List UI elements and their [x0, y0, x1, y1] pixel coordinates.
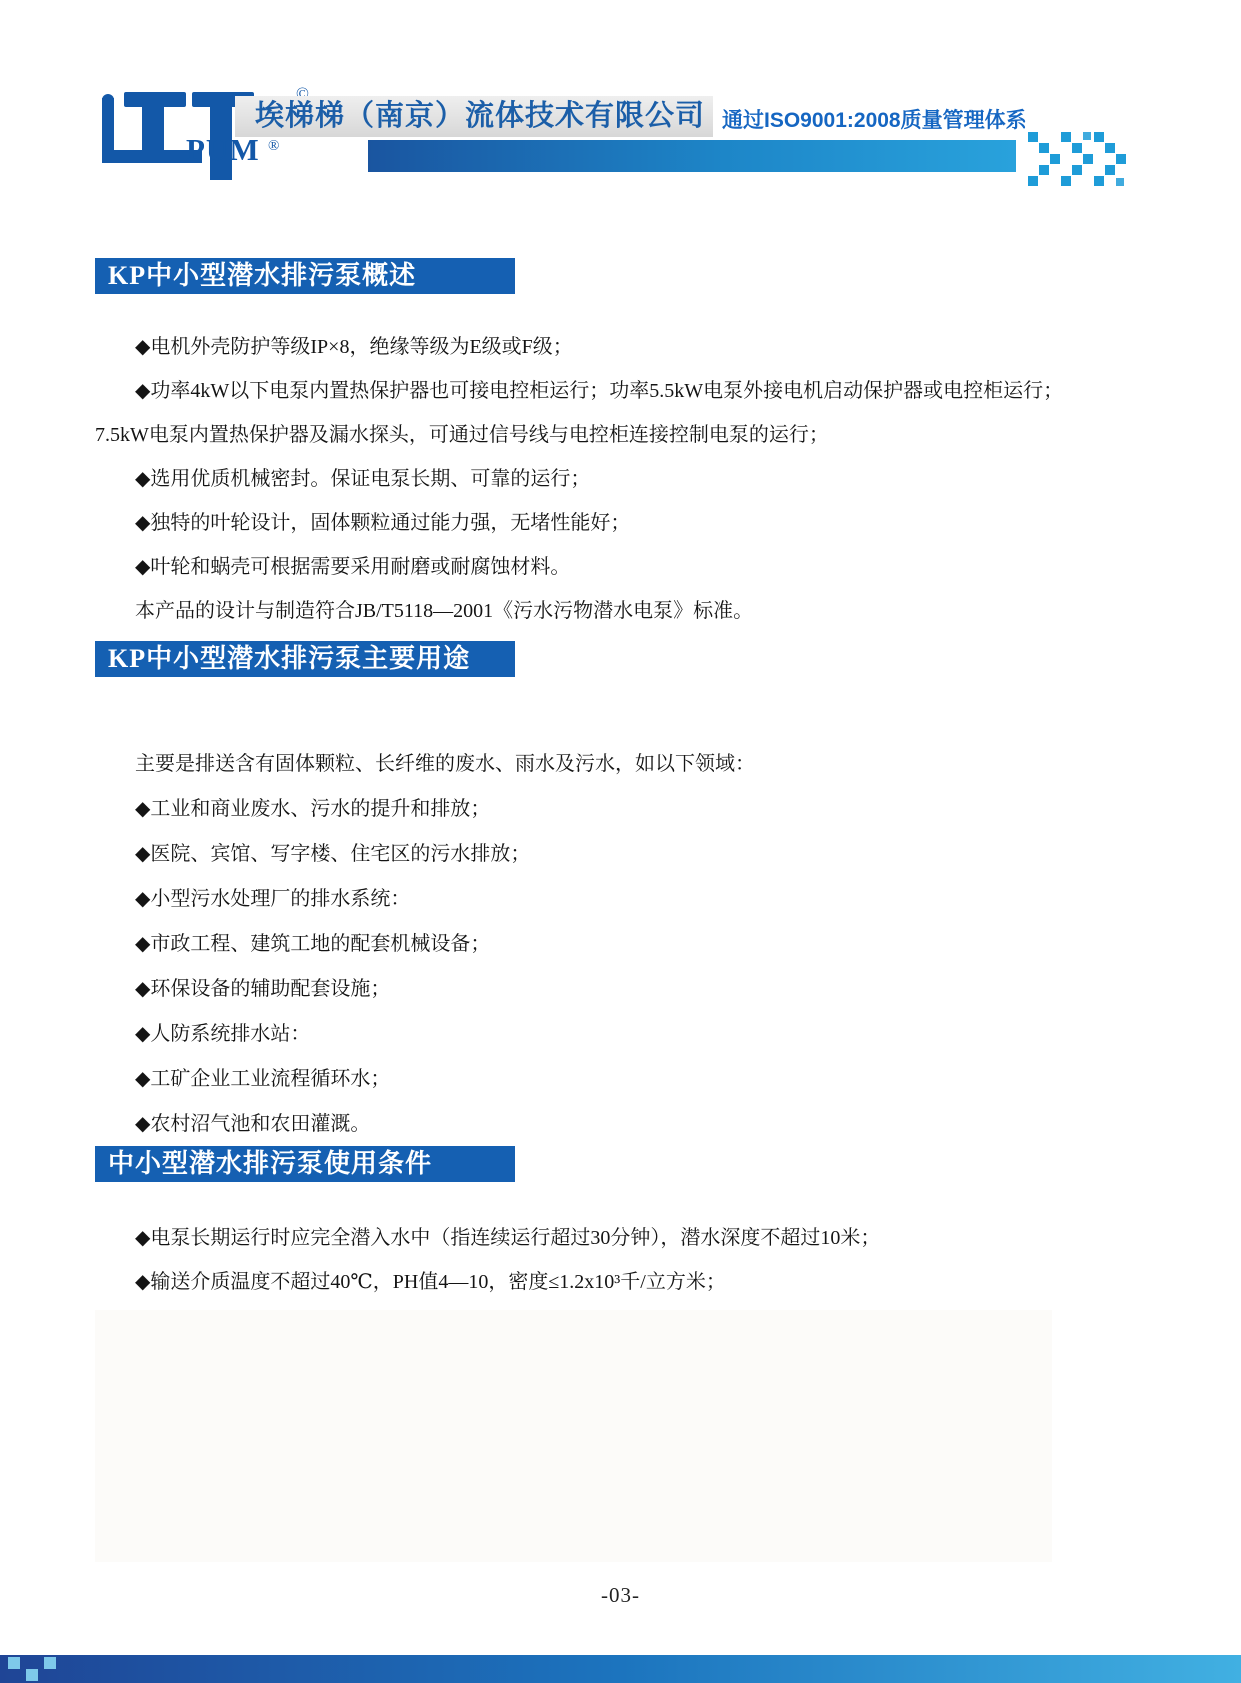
bullet-line: ◆输送介质温度不超过40℃，PH值4—10，密度≤1.2x10³千/立方米；	[95, 1260, 1153, 1304]
registered-icon: ®	[268, 138, 279, 155]
bullet-line: ◆环保设备的辅助配套设施；	[95, 967, 1153, 1012]
bullet-line: ◆功率4kW以下电泵内置热保护器也可接电控柜运行；功率5.5kW电泵外接电机启动…	[95, 369, 1153, 413]
section-title-applications: KP中小型潜水排污泵主要用途	[95, 641, 515, 677]
pixel-decoration	[8, 1657, 20, 1669]
bullet-line: ◆选用优质机械密封。保证电泵长期、可靠的运行；	[95, 457, 1153, 501]
text-line: 主要是排送含有固体颗粒、长纤维的废水、雨水及污水，如以下领域：	[95, 742, 1153, 787]
bullet-line: ◆小型污水处理厂的排水系统：	[95, 877, 1153, 922]
company-name-band: 埃梯梯（南京）流体技术有限公司	[235, 96, 713, 137]
page-number: -03-	[0, 1583, 1241, 1608]
faint-image-placeholder	[95, 1310, 1052, 1562]
section-body-applications: 主要是排送含有固体颗粒、长纤维的废水、雨水及污水，如以下领域： ◆工业和商业废水…	[95, 742, 1153, 1147]
bullet-line: ◆电机外壳防护等级IP×8，绝缘等级为E级或F级；	[95, 325, 1153, 369]
pixel-arrows-decoration	[1028, 132, 1127, 187]
bullet-line: ◆工业和商业废水、污水的提升和排放；	[95, 787, 1153, 832]
iso-certification-text: 通过ISO9001:2008质量管理体系	[722, 104, 1032, 134]
catalog-page: © PUM ® 埃梯梯（南京）流体技术有限公司 通过ISO9001:2008质量…	[0, 0, 1241, 1683]
footer-blue-bar	[0, 1655, 1241, 1683]
bullet-line: ◆市政工程、建筑工地的配套机械设备；	[95, 922, 1153, 967]
section-title-overview: KP中小型潜水排污泵概述	[95, 258, 515, 294]
company-name: 埃梯梯（南京）流体技术有限公司	[255, 96, 705, 137]
header-blue-bar	[368, 140, 1016, 172]
section-body-overview: ◆电机外壳防护等级IP×8，绝缘等级为E级或F级； ◆功率4kW以下电泵内置热保…	[95, 325, 1153, 633]
bullet-line: ◆医院、宾馆、写字楼、住宅区的污水排放；	[95, 832, 1153, 877]
bullet-line: ◆工矿企业工业流程循环水；	[95, 1057, 1153, 1102]
text-line: 7.5kW电泵内置热保护器及漏水探头，可通过信号线与电控柜连接控制电泵的运行；	[95, 413, 1153, 457]
bullet-line: ◆农村沼气池和农田灌溉。	[95, 1102, 1153, 1147]
section-title-conditions: 中小型潜水排污泵使用条件	[95, 1146, 515, 1182]
bullet-line: ◆人防系统排水站：	[95, 1012, 1153, 1057]
bullet-line: ◆叶轮和蜗壳可根据需要采用耐磨或耐腐蚀材料。	[95, 545, 1153, 589]
pixel-decoration	[44, 1657, 56, 1669]
bullet-line: ◆电泵长期运行时应完全潜入水中（指连续运行超过30分钟），潜水深度不超过10米；	[95, 1216, 1153, 1260]
bullet-line: ◆独特的叶轮设计，固体颗粒通过能力强，无堵性能好；	[95, 501, 1153, 545]
text-line: 本产品的设计与制造符合JB/T5118—2001《污水污物潜水电泵》标准。	[95, 589, 1153, 633]
pixel-decoration	[26, 1669, 38, 1681]
logo-sub-text: PUM	[186, 132, 260, 168]
